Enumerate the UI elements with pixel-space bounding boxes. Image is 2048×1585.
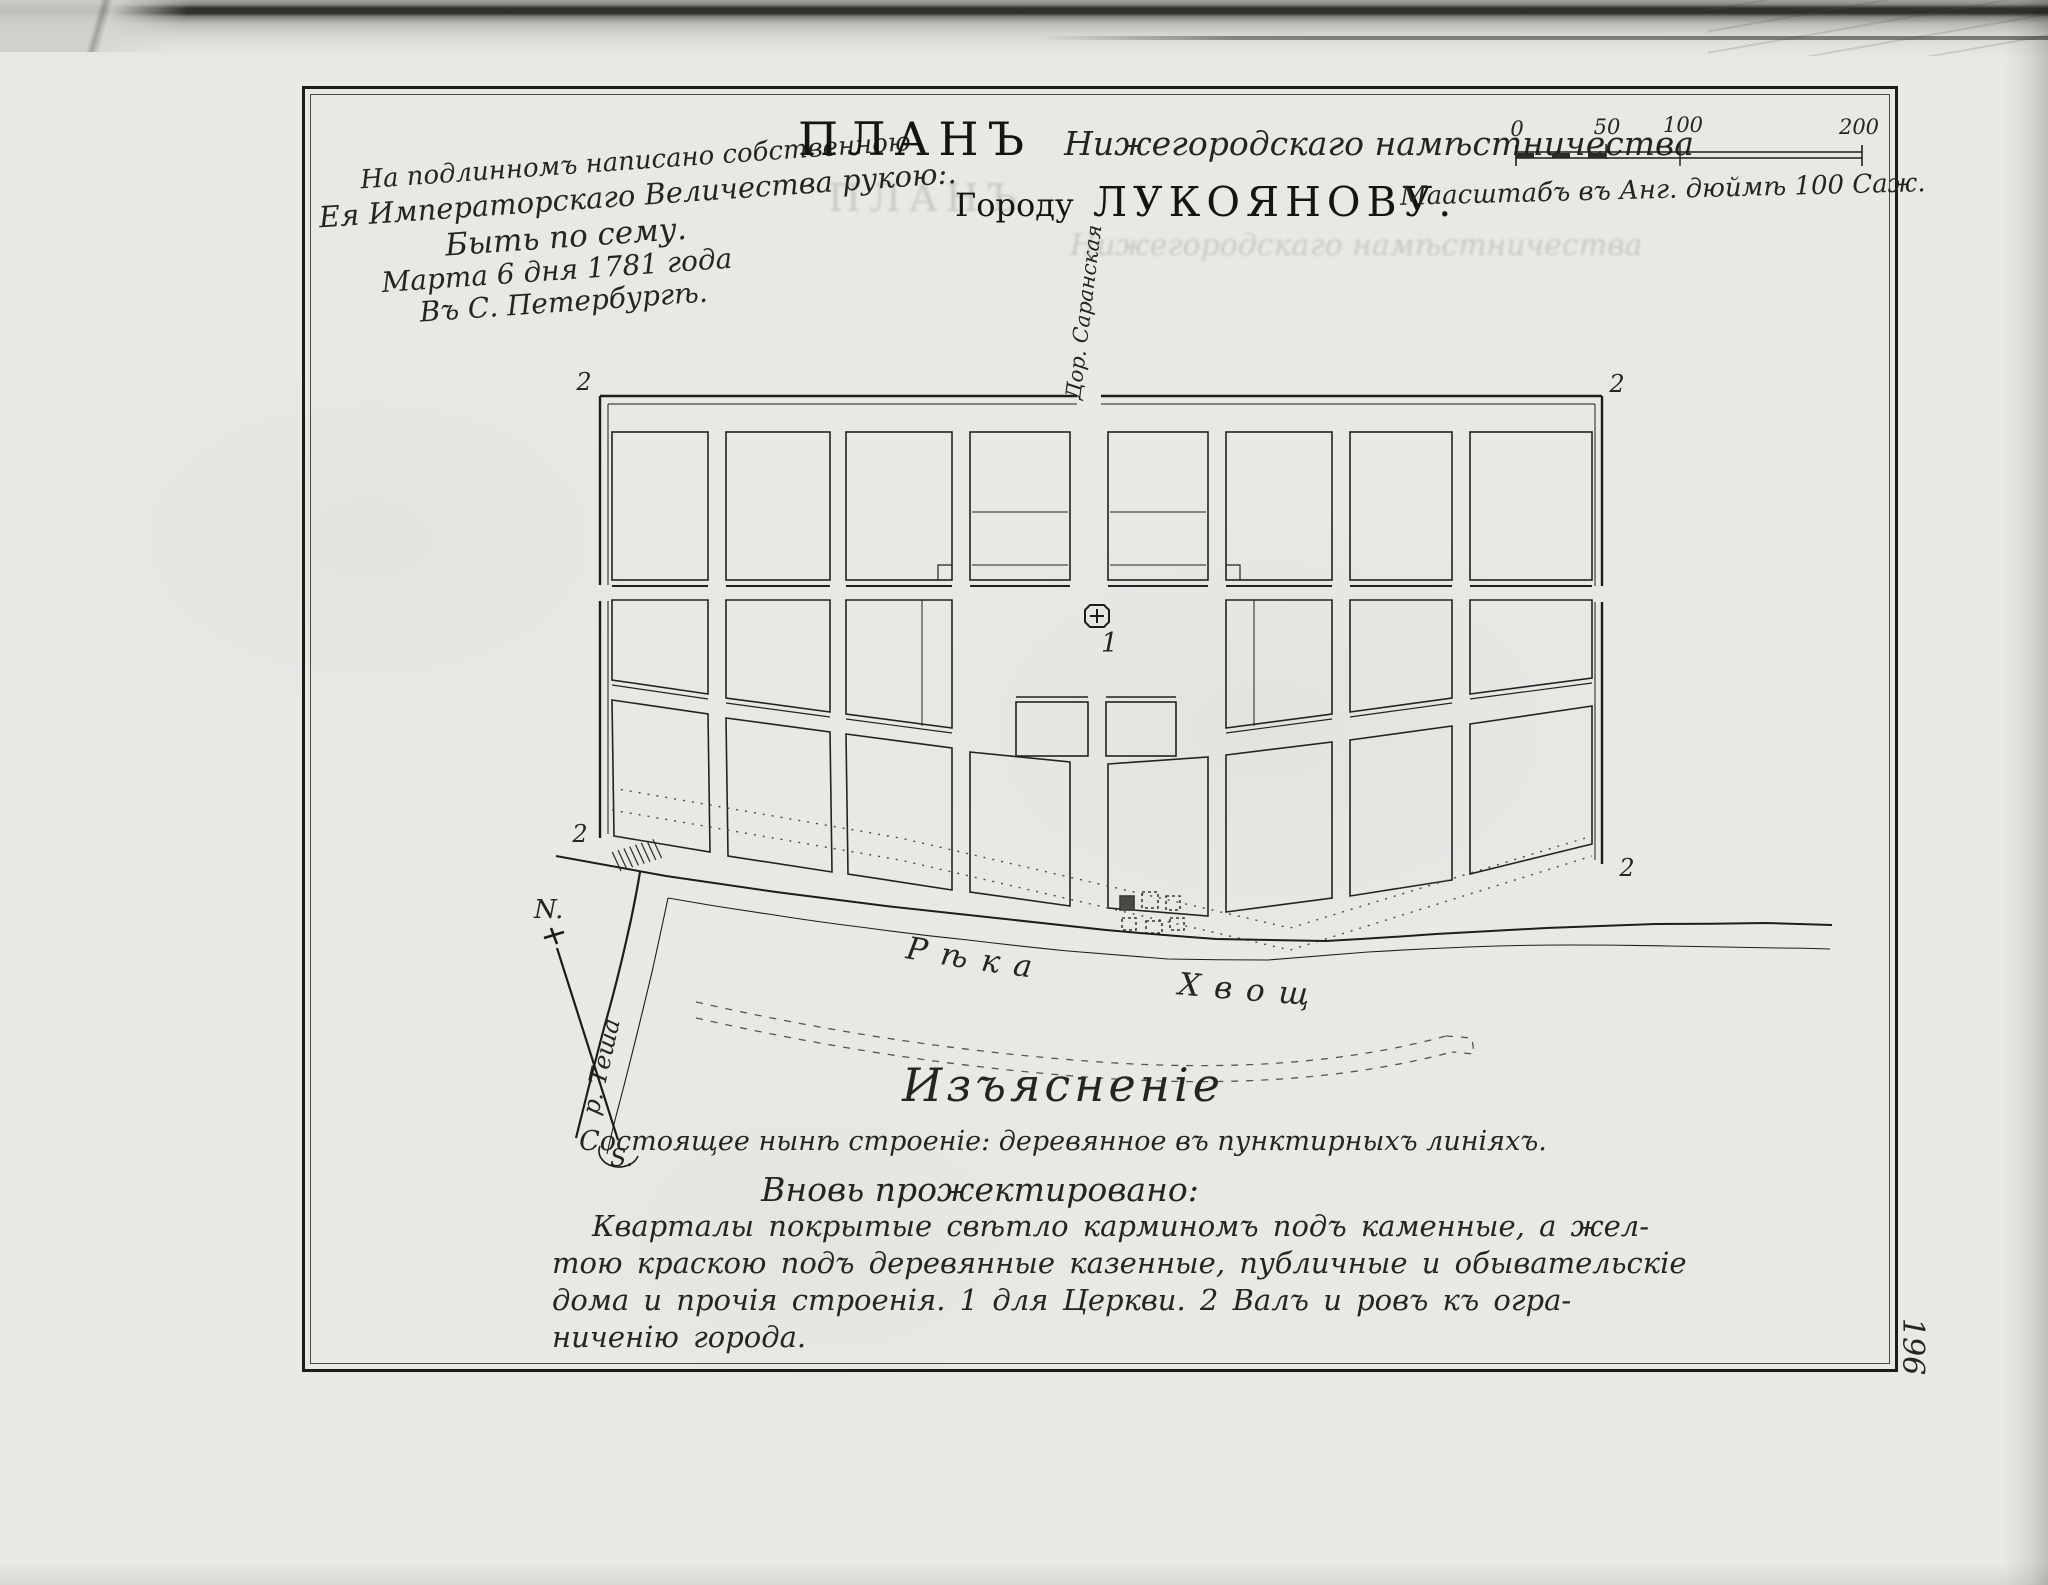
existing-town-dashed-lines bbox=[612, 788, 1592, 950]
legend-paragraph-line: дома и прочія строенія. 1 для Церкви. 2 … bbox=[552, 1282, 1552, 1319]
legend-paragraph-line: Кварталы покрытые свѣтло карминомъ подъ … bbox=[552, 1208, 1552, 1245]
river-khvoshchovka bbox=[556, 856, 1832, 960]
page-number: 196 bbox=[1895, 1318, 1930, 1375]
city-blocks-row3 bbox=[612, 700, 1592, 916]
page-scan: На подлинномъ написано собственною ПЛАНЪ… bbox=[0, 0, 2048, 1585]
city-blocks-row2 bbox=[612, 600, 1592, 756]
river-label: Рѣка Хвощовка bbox=[0, 0, 1325, 1014]
corner-number: 2 bbox=[1608, 370, 1624, 398]
legend-paragraph-line: ниченію города. bbox=[552, 1319, 1552, 1356]
legend-existing-line: Состоящее нынѣ строеніе: деревянное въ п… bbox=[563, 1126, 1563, 1157]
corner-number: 2 bbox=[1618, 854, 1634, 882]
legend-projected-heading: Вновь прожектировано: bbox=[680, 1170, 1280, 1209]
corner-number: 2 bbox=[575, 368, 591, 396]
corner-number: 2 bbox=[571, 820, 587, 848]
bridge-hatch bbox=[611, 838, 662, 871]
church-number: 1 bbox=[1101, 628, 1118, 659]
photo-edge-right bbox=[2004, 0, 2048, 1585]
church-symbol: 1 bbox=[1085, 605, 1118, 659]
building-cluster bbox=[1120, 892, 1184, 933]
legend-heading: Изъясненіе bbox=[863, 1058, 1263, 1112]
legend-paragraph: Кварталы покрытые свѣтло карминомъ подъ … bbox=[552, 1208, 1552, 1356]
cross-icon bbox=[1090, 609, 1104, 623]
city-blocks-row1 bbox=[612, 432, 1592, 586]
photo-edge-bottom bbox=[0, 1563, 2048, 1585]
compass-north-label: N. bbox=[533, 895, 563, 925]
road-label: Дор. Саранская bbox=[1061, 223, 1106, 401]
compass-ornament-icon bbox=[544, 928, 564, 944]
legend-paragraph-line: тою краскою подъ деревянные казенные, пу… bbox=[552, 1245, 1552, 1282]
